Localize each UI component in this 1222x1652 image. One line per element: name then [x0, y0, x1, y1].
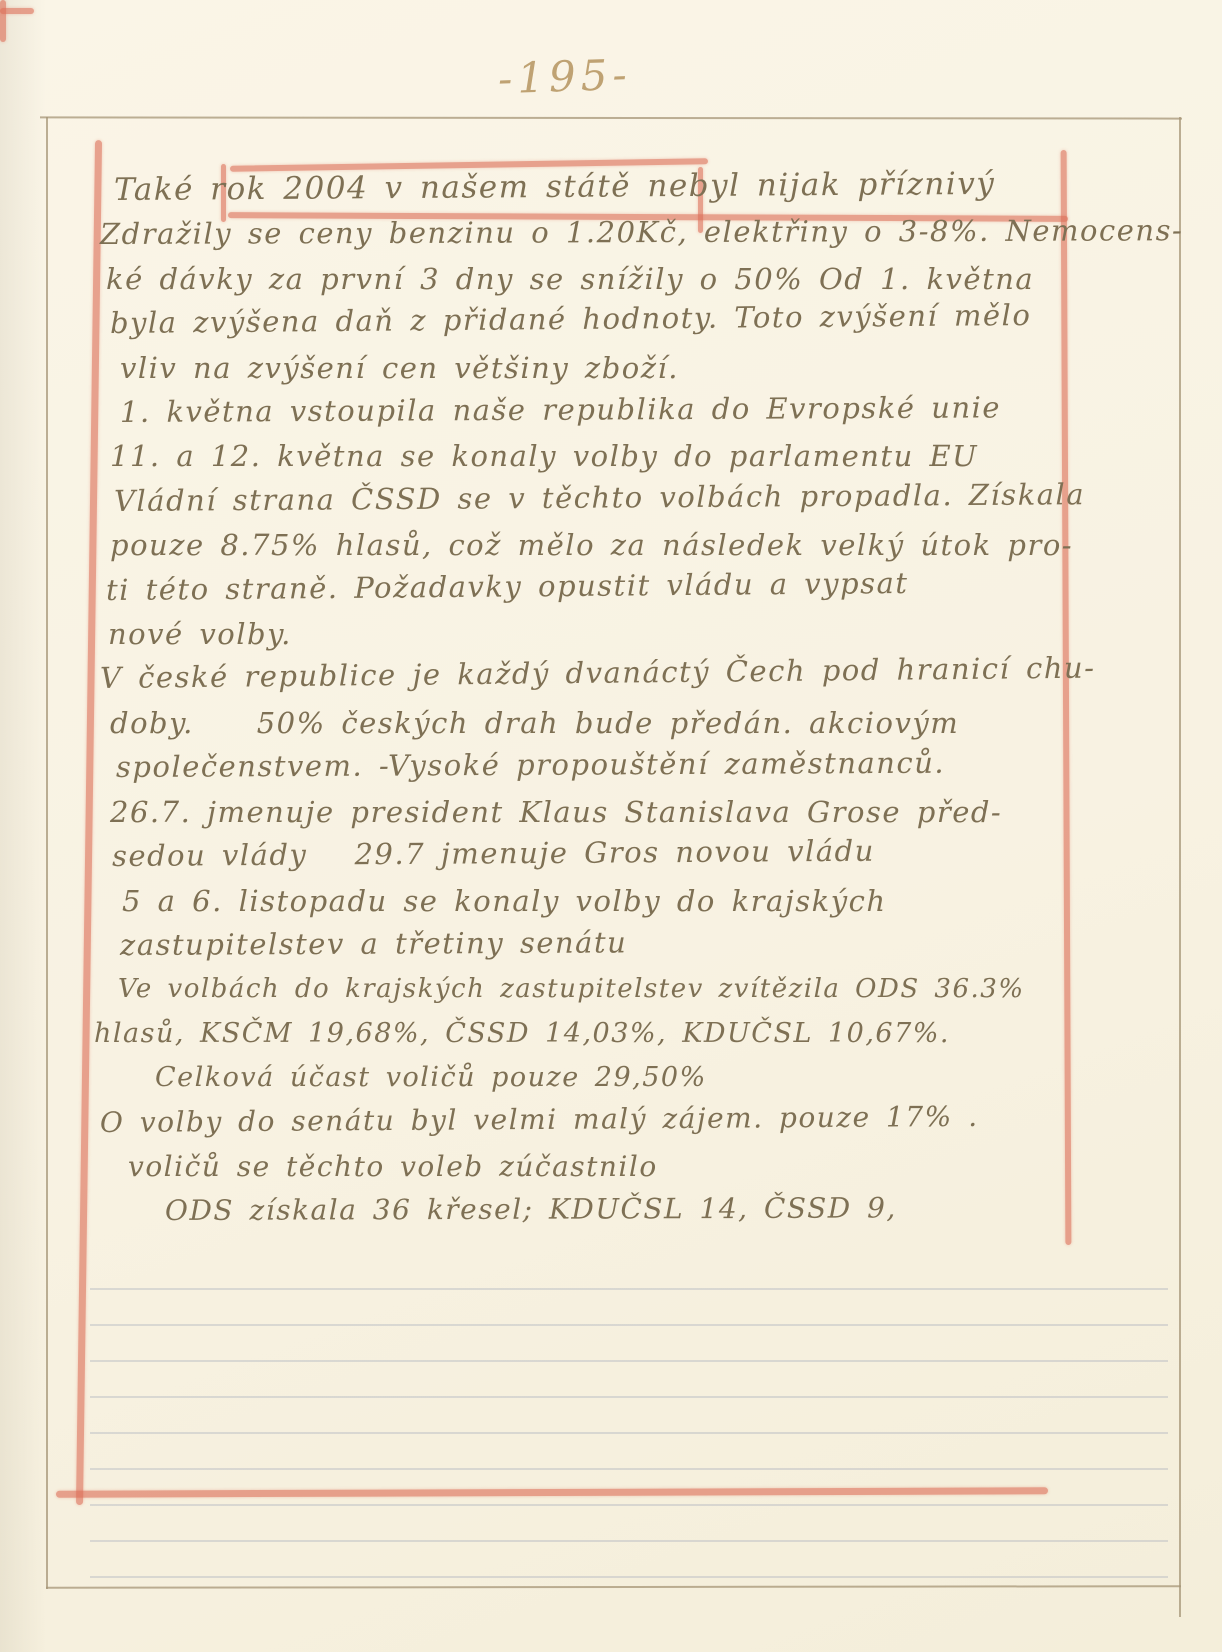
handwritten-line: vliv na zvýšení cen většiny zboží.: [120, 346, 1065, 390]
notebook-page: -195- Také rok 2004 v našem státě nebyl …: [0, 0, 1222, 1652]
pencil-frame-right: [1179, 117, 1181, 1617]
handwritten-line: voličů se těchto voleb zúčastnilo: [128, 1145, 1065, 1189]
pencil-frame-top: [40, 116, 1182, 119]
handwritten-line: sedou vlády 29.7 jmenuje Gros novou vlád…: [112, 827, 1065, 878]
handwritten-line: společenstvem. -Vysoké propouštění zaměs…: [116, 740, 1065, 789]
handwritten-line: doby. 50% českých drah bude předán. akci…: [110, 701, 1065, 745]
handwritten-line: Ve volbách do krajských zastupitelstev z…: [118, 967, 1065, 1011]
handwritten-line: Vládní strana ČSSD se v těchto volbách p…: [114, 472, 1065, 523]
handwritten-line: Zdražily se ceny benzinu o 1.20Kč, elekt…: [100, 209, 1065, 257]
red-crayon-corner-mark: [0, 0, 6, 42]
handwritten-line: V české republice je každý dvanáctý Čech…: [100, 646, 1065, 701]
ruled-lines: [90, 1254, 1168, 1586]
handwritten-line: Celková účast voličů pouze 29,50%: [155, 1056, 1065, 1100]
handwritten-line: hlasů, KSČM 19,68%, ČSSD 14,03%, KDUČSL …: [94, 1012, 1065, 1056]
page-number: -195-: [497, 54, 632, 101]
handwritten-line: O volby do senátu byl velmi malý zájem. …: [100, 1094, 1065, 1145]
handwritten-line: 11. a 12. května se konaly volby do parl…: [110, 434, 1065, 478]
handwritten-line: ti této straně. Požadavky opustit vládu …: [106, 559, 1065, 612]
handwritten-line: 1. května vstoupila naše republika do Ev…: [120, 385, 1065, 434]
pencil-frame-left: [46, 117, 48, 1589]
handwritten-line: zastupitelstev a třetiny senátu: [120, 918, 1065, 967]
handwritten-line: byla zvýšena daň z přidané hodnoty. Toto…: [110, 293, 1065, 346]
handwritten-line: Také rok 2004 v našem státě nebyl nijak …: [114, 161, 1065, 212]
handwritten-text: Také rok 2004 v našem státě nebyl nijak …: [100, 168, 1065, 1234]
handwritten-line: 5 a 6. listopadu se konaly volby do kraj…: [122, 879, 1065, 923]
handwritten-line: ODS získala 36 křesel; KDUČSL 14, ČSSD 9…: [165, 1186, 1065, 1234]
